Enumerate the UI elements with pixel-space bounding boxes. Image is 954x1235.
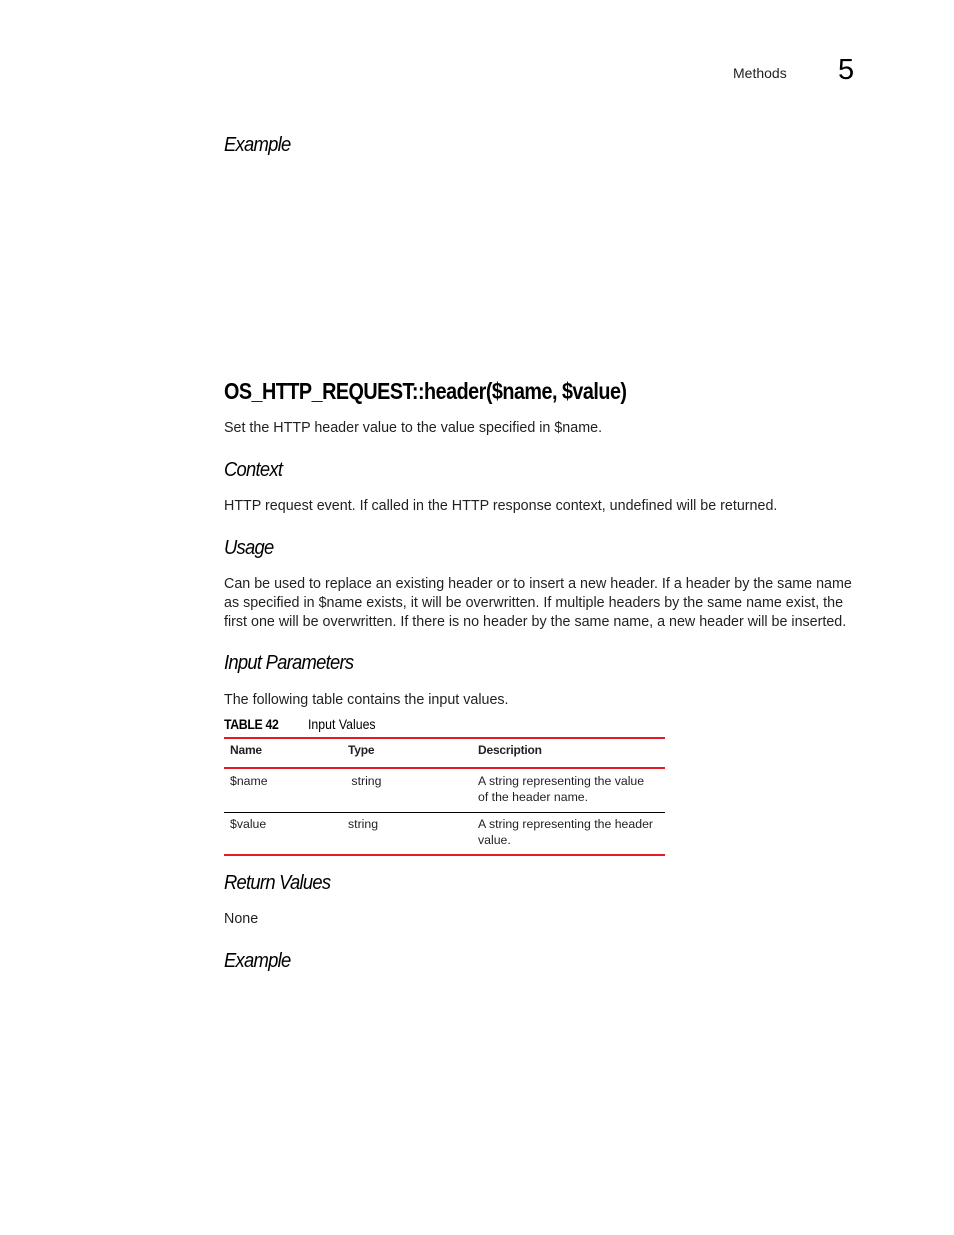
usage-line: first one will be overwritten. If there …	[224, 613, 852, 632]
cell-description: A string representing the value of the h…	[472, 768, 665, 813]
table-row: $value string A string representing the …	[224, 813, 665, 856]
column-header-name: Name	[224, 738, 342, 768]
method-title: OS_HTTP_REQUEST::header($name, $value)	[224, 378, 627, 405]
usage-line: as specified in $name exists, it will be…	[224, 594, 852, 613]
description-line: of the header name.	[478, 789, 659, 805]
context-text: HTTP request event. If called in the HTT…	[224, 497, 777, 516]
example-heading-top: Example	[224, 134, 290, 157]
usage-line: Can be used to replace an existing heade…	[224, 575, 852, 594]
usage-heading: Usage	[224, 537, 274, 560]
usage-text: Can be used to replace an existing heade…	[224, 575, 852, 632]
cell-name: $value	[224, 813, 342, 856]
description-line: A string representing the value	[478, 773, 659, 789]
context-heading: Context	[224, 459, 282, 482]
description-line: A string representing the header	[478, 816, 659, 832]
input-parameters-intro: The following table contains the input v…	[224, 691, 509, 710]
cell-name: $name	[224, 768, 342, 813]
cell-type: string	[342, 813, 472, 856]
table-label: TABLE 42	[224, 716, 278, 732]
table-row: $name string A string representing the v…	[224, 768, 665, 813]
description-line: value.	[478, 832, 659, 848]
chapter-number: 5	[838, 54, 854, 87]
input-parameters-heading: Input Parameters	[224, 652, 353, 675]
running-header-section: Methods	[733, 65, 787, 81]
return-values-heading: Return Values	[224, 872, 330, 895]
cell-description: A string representing the header value.	[472, 813, 665, 856]
cell-type: string	[342, 768, 472, 813]
method-summary: Set the HTTP header value to the value s…	[224, 419, 602, 438]
column-header-type: Type	[342, 738, 472, 768]
input-values-table: Name Type Description $name string A str…	[224, 737, 665, 856]
column-header-description: Description	[472, 738, 665, 768]
table-header-row: Name Type Description	[224, 738, 665, 768]
return-values-text: None	[224, 910, 258, 929]
example-heading-bottom: Example	[224, 950, 290, 973]
table-title: Input Values	[308, 716, 376, 732]
